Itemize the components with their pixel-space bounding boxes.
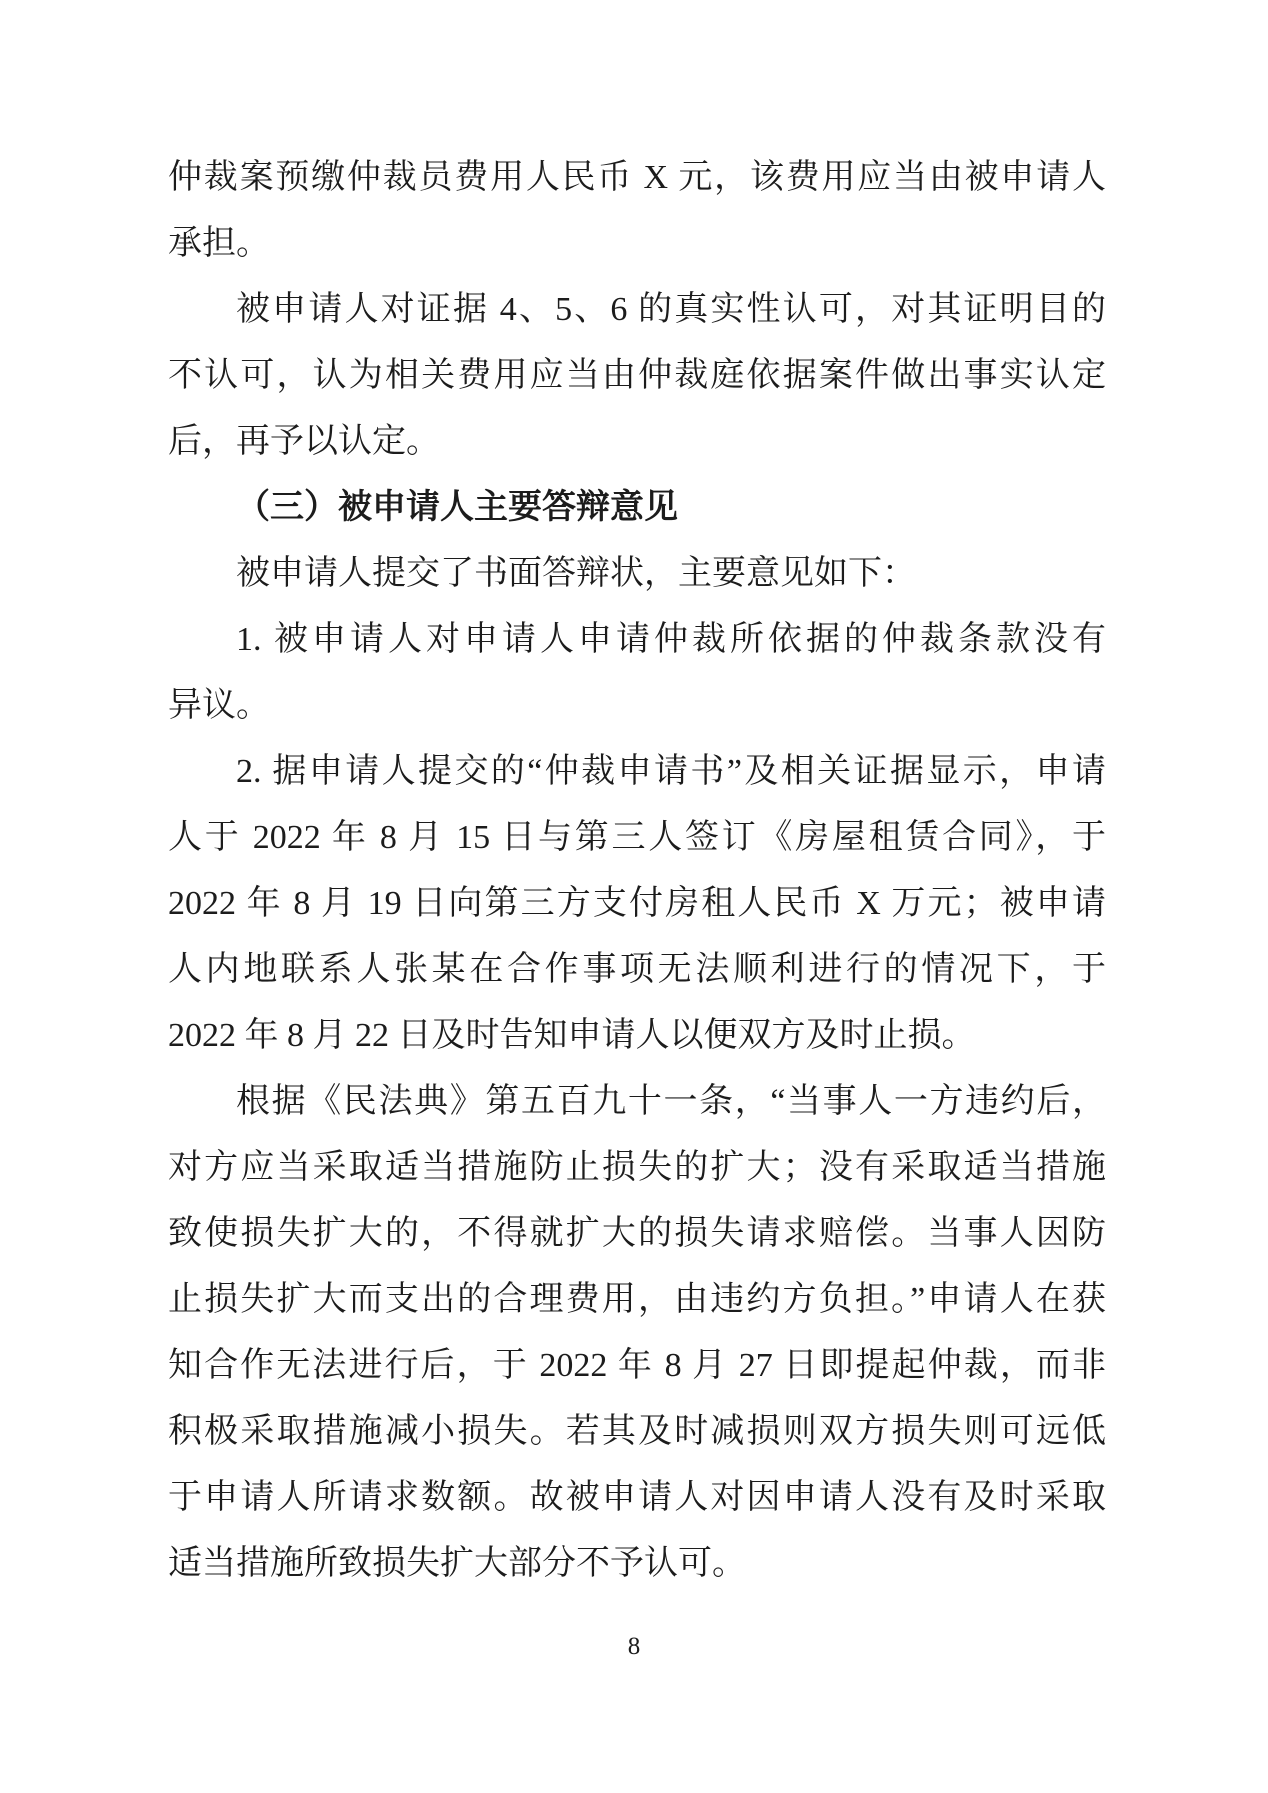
page-number: 8 — [0, 1627, 1268, 1667]
text-line-2: 承担。 — [168, 211, 1106, 277]
text-line-18: 止损失扩大而支出的合理费用，由违约方负担。”申请人在获 — [168, 1267, 1106, 1333]
text-line-7: 被申请人提交了书面答辩状，主要意见如下： — [168, 541, 1106, 607]
text-line-22: 适当措施所致损失扩大部分不予认可。 — [168, 1531, 1106, 1597]
text-line-12: 2022 年 8 月 19 日向第三方支付房租人民币 X 万元；被申请 — [168, 871, 1106, 937]
text-line-9: 异议。 — [168, 673, 1106, 739]
text-line-15: 根据《民法典》第五百九十一条，“当事人一方违约后， — [168, 1069, 1106, 1135]
text-lines: 仲裁案预缴仲裁员费用人民币 X 元，该费用应当由被申请人承担。被申请人对证据 4… — [168, 145, 1106, 1597]
text-line-13: 人内地联系人张某在合作事项无法顺利进行的情况下，于 — [168, 937, 1106, 1003]
text-line-14: 2022 年 8 月 22 日及时告知申请人以便双方及时止损。 — [168, 1003, 1106, 1069]
text-line-4: 不认可，认为相关费用应当由仲裁庭依据案件做出事实认定 — [168, 343, 1106, 409]
text-line-16: 对方应当采取适当措施防止损失的扩大；没有采取适当措施 — [168, 1135, 1106, 1201]
text-line-8: 1. 被申请人对申请人申请仲裁所依据的仲裁条款没有 — [168, 607, 1106, 673]
text-line-20: 积极采取措施减小损失。若其及时减损则双方损失则可远低 — [168, 1399, 1106, 1465]
text-line-19: 知合作无法进行后，于 2022 年 8 月 27 日即提起仲裁，而非 — [168, 1333, 1106, 1399]
text-line-1: 仲裁案预缴仲裁员费用人民币 X 元，该费用应当由被申请人 — [168, 145, 1106, 211]
text-line-5: 后，再予以认定。 — [168, 409, 1106, 475]
text-line-3: 被申请人对证据 4、5、6 的真实性认可，对其证明目的 — [168, 277, 1106, 343]
text-line-17: 致使损失扩大的，不得就扩大的损失请求赔偿。当事人因防 — [168, 1201, 1106, 1267]
section-heading: （三）被申请人主要答辩意见 — [168, 475, 1106, 541]
text-line-11: 人于 2022 年 8 月 15 日与第三人签订《房屋租赁合同》，于 — [168, 805, 1106, 871]
text-line-21: 于申请人所请求数额。故被申请人对因申请人没有及时采取 — [168, 1465, 1106, 1531]
document-page: 仲裁案预缴仲裁员费用人民币 X 元，该费用应当由被申请人承担。被申请人对证据 4… — [0, 0, 1268, 1793]
text-line-10: 2. 据申请人提交的“仲裁申请书”及相关证据显示，申请 — [168, 739, 1106, 805]
